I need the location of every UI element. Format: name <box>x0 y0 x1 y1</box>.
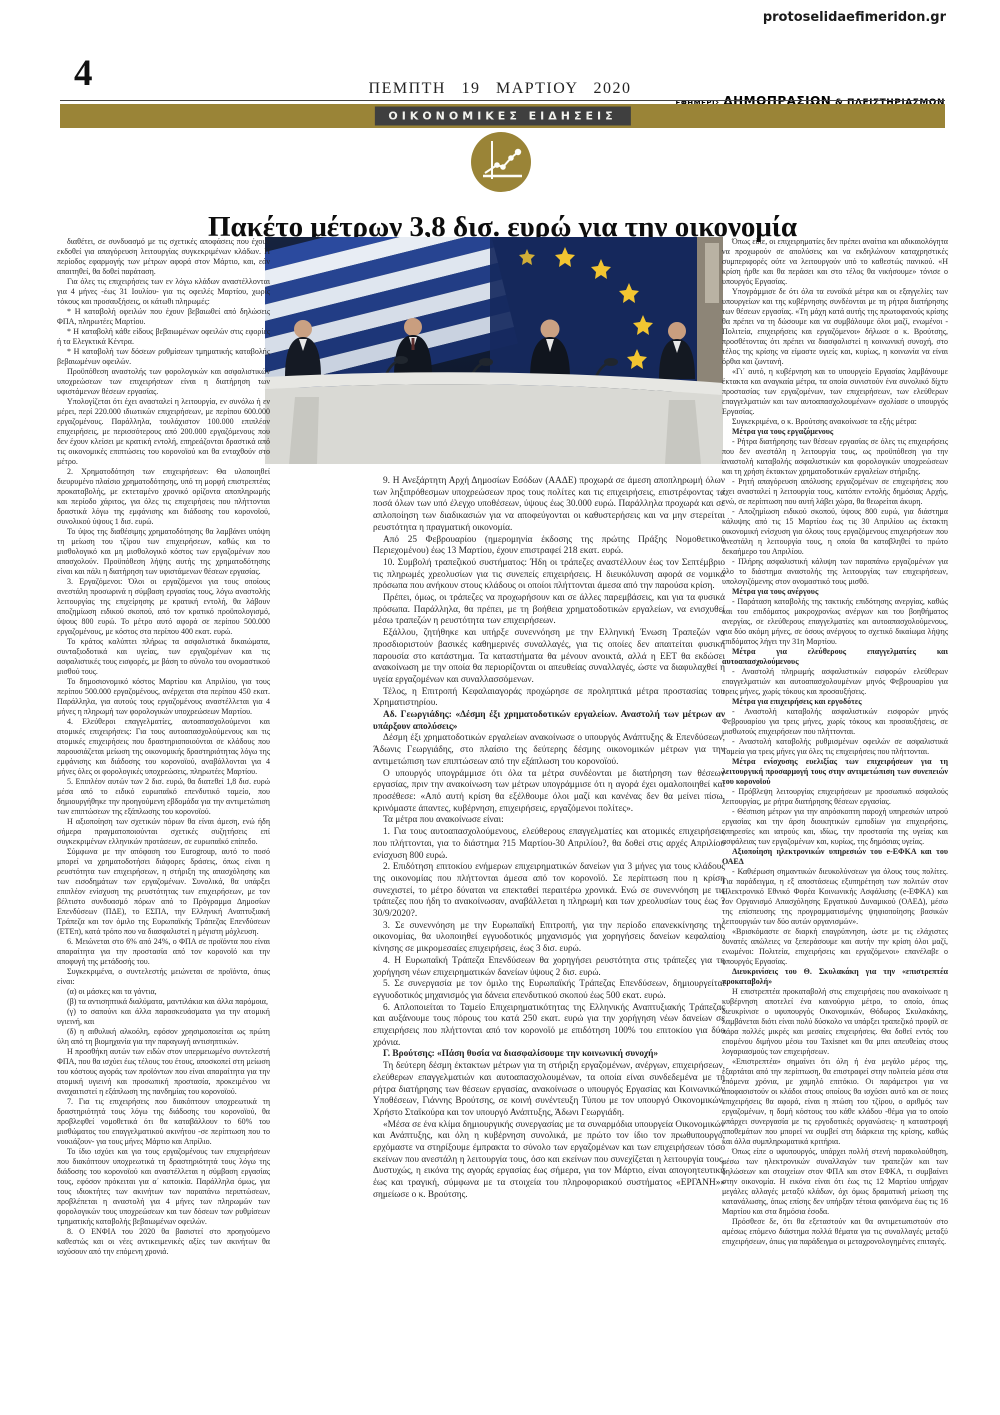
article-paragraph: Το κράτος καλύπτει πλήρως τα ασφαλιστικά… <box>57 637 270 677</box>
article-paragraph: - Ρήτρα διατήρησης των θέσεων εργασίας σ… <box>722 437 948 477</box>
article-paragraph: * Η καταβολή κάθε είδους βεβαιωμένων οφε… <box>57 327 270 347</box>
article-paragraph: Η αξιοποίηση των σχετικών πόρων θα είναι… <box>57 817 270 847</box>
article-paragraph: Τη δεύτερη δέσμη έκτακτων μέτρων για τη … <box>373 1061 725 1120</box>
article-subhead: Αδ. Γεωργιάδης: «Δέσμη έξι χρηματοδοτικώ… <box>373 710 725 733</box>
article-paragraph: * Η καταβολή οφειλών που έχουν βεβαιωθεί… <box>57 307 270 327</box>
article-paragraph: Όπως είπε ο υφυπουργός, υπάρχει πολλή στ… <box>722 1147 948 1217</box>
article-paragraph: Τέλος, η Επιτροπή Κεφαλαιαγοράς προχώρησ… <box>373 687 725 710</box>
article-paragraph: - Πλήρης ασφαλιστική κάλυψη των παραπάνω… <box>722 557 948 587</box>
article-paragraph: Συγκεκριμένα, ο κ. Βρούτσης ανακοίνωσε τ… <box>722 417 948 427</box>
article-subhead: Μέτρα ενίσχυσης ευελιξίας των επιχειρήσε… <box>722 757 948 787</box>
article-subhead: Γ. Βρούτσης: «Πάση θυσία να διασφαλίσουμ… <box>373 1049 725 1061</box>
article-paragraph: «Γι΄ αυτό, η κυβέρνηση και το υπουργείο … <box>722 367 948 417</box>
article-paragraph: 3. Σε συνεννόηση με την Ευρωπαϊκή Επιτρο… <box>373 921 725 956</box>
site-watermark: protoselidaefimeridon.gr <box>763 10 946 25</box>
article-paragraph: 5. Επιπλέον αυτών των 2 δισ. ευρώ, θα δι… <box>57 777 270 817</box>
article-paragraph: - Ρητή απαγόρευση απόλυσης εργαζομένων σ… <box>722 477 948 507</box>
article-paragraph: Από 25 Φεβρουαρίου (ημερομηνία έκδοσης τ… <box>373 535 725 558</box>
article-paragraph: «Μέσα σε ένα κλίμα δημιουργικής συνεργασ… <box>373 1120 725 1202</box>
article-paragraph: 6. Απλοποιείται το Ταμείο Επιχειρηματικό… <box>373 1003 725 1050</box>
article-paragraph: Ο υπουργός υπογράμμισε ότι όλα τα μέτρα … <box>373 769 725 816</box>
section-label: ΟΙΚΟΝΟΜΙΚΕΣ ΕΙΔΗΣΕΙΣ <box>374 107 630 126</box>
article-paragraph: * Η καταβολή των δόσεων ρυθμίσεων τμηματ… <box>57 347 270 367</box>
article-paragraph: (δ) η αιθυλική αλκοόλη, εφόσον χρησιμοπο… <box>57 1027 270 1047</box>
article-paragraph: 8. Ο ΕΝΦΙΑ του 2020 θα βασιστεί στο προη… <box>57 1227 270 1257</box>
article-paragraph: - Παράταση καταβολής της τακτικής επιδότ… <box>722 597 948 647</box>
article-paragraph: Για όλες τις επιχειρήσεις των εν λόγω κλ… <box>57 277 270 307</box>
newspaper-logo <box>470 131 532 193</box>
article-paragraph: Η επιστρεπτέα προκαταβολή στις επιχειρήσ… <box>722 987 948 1057</box>
article-paragraph: «Βρισκόμαστε σε διαρκή επαγρύπνηση, ώστε… <box>722 927 948 967</box>
article-subhead: Διευκρινίσεις του Θ. Σκυλακάκη για την «… <box>722 967 948 987</box>
article-subhead: Μέτρα για επιχειρήσεις και εργοδότες <box>722 697 948 707</box>
article-subhead: Αξιοποίηση ηλεκτρονικών υπηρεσιών του e-… <box>722 847 948 867</box>
conference-photo <box>265 237 723 464</box>
article-paragraph: 2. Επιδότηση επιτοκίου ενήμερων επιχειρη… <box>373 862 725 921</box>
article-paragraph: Σύμφωνα με την απόφαση του Eurogroup, αυ… <box>57 847 270 937</box>
article-paragraph: (β) τα αντισηπτικά διαλύματα, μαντιλάκια… <box>57 997 270 1007</box>
chart-logo-icon <box>470 131 532 193</box>
newspaper-page: protoselidaefimeridon.gr 4 ΠΕΜΠΤΗ 19 ΜΑΡ… <box>0 0 1000 1415</box>
article-paragraph: «Επιστρεπτέα» σημαίνει ότι όλη ή ένα μεγ… <box>722 1057 948 1147</box>
press-conference-image <box>265 237 723 464</box>
article-paragraph: Υπογράμμισε δε ότι όλα τα ευνοϊκά μέτρα … <box>722 287 948 367</box>
article-paragraph: Το ύψος της διαθέσιμης χρηματοδότησης θα… <box>57 527 270 577</box>
header-rule <box>60 100 945 101</box>
article-paragraph: Πρόσθεσε δε, ότι θα εξεταστούν και θα αν… <box>722 1217 948 1247</box>
article-paragraph: - Καθιέρωση σημαντικών διευκολύνσεων για… <box>722 867 948 927</box>
article-paragraph: 1. Για τους αυτοαπασχολούμενους, ελεύθερ… <box>373 827 725 862</box>
section-bar: ΟΙΚΟΝΟΜΙΚΕΣ ΕΙΔΗΣΕΙΣ <box>60 104 945 128</box>
article-paragraph: διαθέτει, σε συνδυασμό με τις σχετικές α… <box>57 237 270 277</box>
article-column-left: διαθέτει, σε συνδυασμό με τις σχετικές α… <box>57 237 270 1349</box>
article-subhead: Μέτρα για τους εργαζόμενους <box>722 427 948 437</box>
article-paragraph: Τα μέτρα που ανακοίνωσε είναι: <box>373 815 725 827</box>
article-paragraph: Προϋπόθεση αναστολής των φορολογικών και… <box>57 367 270 397</box>
article-paragraph: 2. Χρηματοδότηση των επιχειρήσεων: Θα υλ… <box>57 467 270 527</box>
article-paragraph: - Αναστολή καταβολής ασφαλιστικών εισφορ… <box>722 707 948 737</box>
article-paragraph: - Πρόβλεψη λειτουργίας επιχειρήσεων με π… <box>722 787 948 807</box>
article-paragraph: - Αναστολή πληρωμής ασφαλιστικών εισφορώ… <box>722 667 948 697</box>
article-paragraph: 10. Συμβολή τραπεζικού συστήματος: Ήδη ο… <box>373 558 725 593</box>
article-paragraph: 5. Σε συνεργασία με τον όμιλο της Ευρωπα… <box>373 979 725 1002</box>
article-paragraph: Το ίδιο ισχύει και για τους εργαζομένους… <box>57 1147 270 1227</box>
article-paragraph: - Αποζημίωση ειδικού σκοπού, ύψους 800 ε… <box>722 507 948 557</box>
article-paragraph: Πρέπει, όμως, οι τράπεζες να προχωρήσουν… <box>373 593 725 628</box>
article-paragraph: 4. Ελεύθεροι επαγγελματίες, αυτοαπασχολο… <box>57 717 270 777</box>
article-paragraph: Δέσμη έξι χρηματοδοτικών εργαλείων ανακο… <box>373 733 725 768</box>
article-paragraph: Υπολογίζεται ότι έχει ανασταλεί η λειτου… <box>57 397 270 467</box>
article-paragraph: Όπως είπε, οι επιχειρηματίες δεν πρέπει … <box>722 237 948 287</box>
article-paragraph: 3. Εργαζόμενοι: Όλοι οι εργαζόμενοι για … <box>57 577 270 637</box>
article-paragraph: 7. Για τις επιχειρήσεις που διακόπτουν υ… <box>57 1097 270 1147</box>
article-paragraph: 9. Η Ανεξάρτητη Αρχή Δημοσίων Εσόδων (ΑΑ… <box>373 476 725 535</box>
article-paragraph: (α) οι μάσκες και τα γάντια, <box>57 987 270 997</box>
article-column-right: Όπως είπε, οι επιχειρηματίες δεν πρέπει … <box>722 237 948 1355</box>
article-paragraph: 4. Η Ευρωπαϊκή Τράπεζα Επενδύσεων θα χορ… <box>373 956 725 979</box>
article-paragraph: Συγκεκριμένα, ο συντελεστής μειώνεται σε… <box>57 967 270 987</box>
article-subhead: Μέτρα για ελεύθερους επαγγελματίες και α… <box>722 647 948 667</box>
article-paragraph: - Αναστολή καταβολής ρυθμισμένων οφειλών… <box>722 737 948 757</box>
article-paragraph: Το δημοσιονομικό κόστος Μαρτίου και Απρι… <box>57 677 270 717</box>
article-paragraph: Η προσθήκη αυτών των ειδών στον υπερμειω… <box>57 1047 270 1097</box>
article-paragraph: (γ) το σαπούνι και άλλα παρασκευάσματα γ… <box>57 1007 270 1027</box>
article-paragraph: Εξάλλου, ζητήθηκε και υπήρξε συνεννόηση … <box>373 628 725 687</box>
article-column-middle: 9. Η Ανεξάρτητη Αρχή Δημοσίων Εσόδων (ΑΑ… <box>373 476 725 1356</box>
article-subhead: Μέτρα για τους ανέργους <box>722 587 948 597</box>
article-paragraph: 6. Μειώνεται στο 6% από 24%, ο ΦΠΑ σε πρ… <box>57 937 270 967</box>
article-paragraph: - Θέσπιση μέτρων για την απρόσκοπτη παρο… <box>722 807 948 847</box>
